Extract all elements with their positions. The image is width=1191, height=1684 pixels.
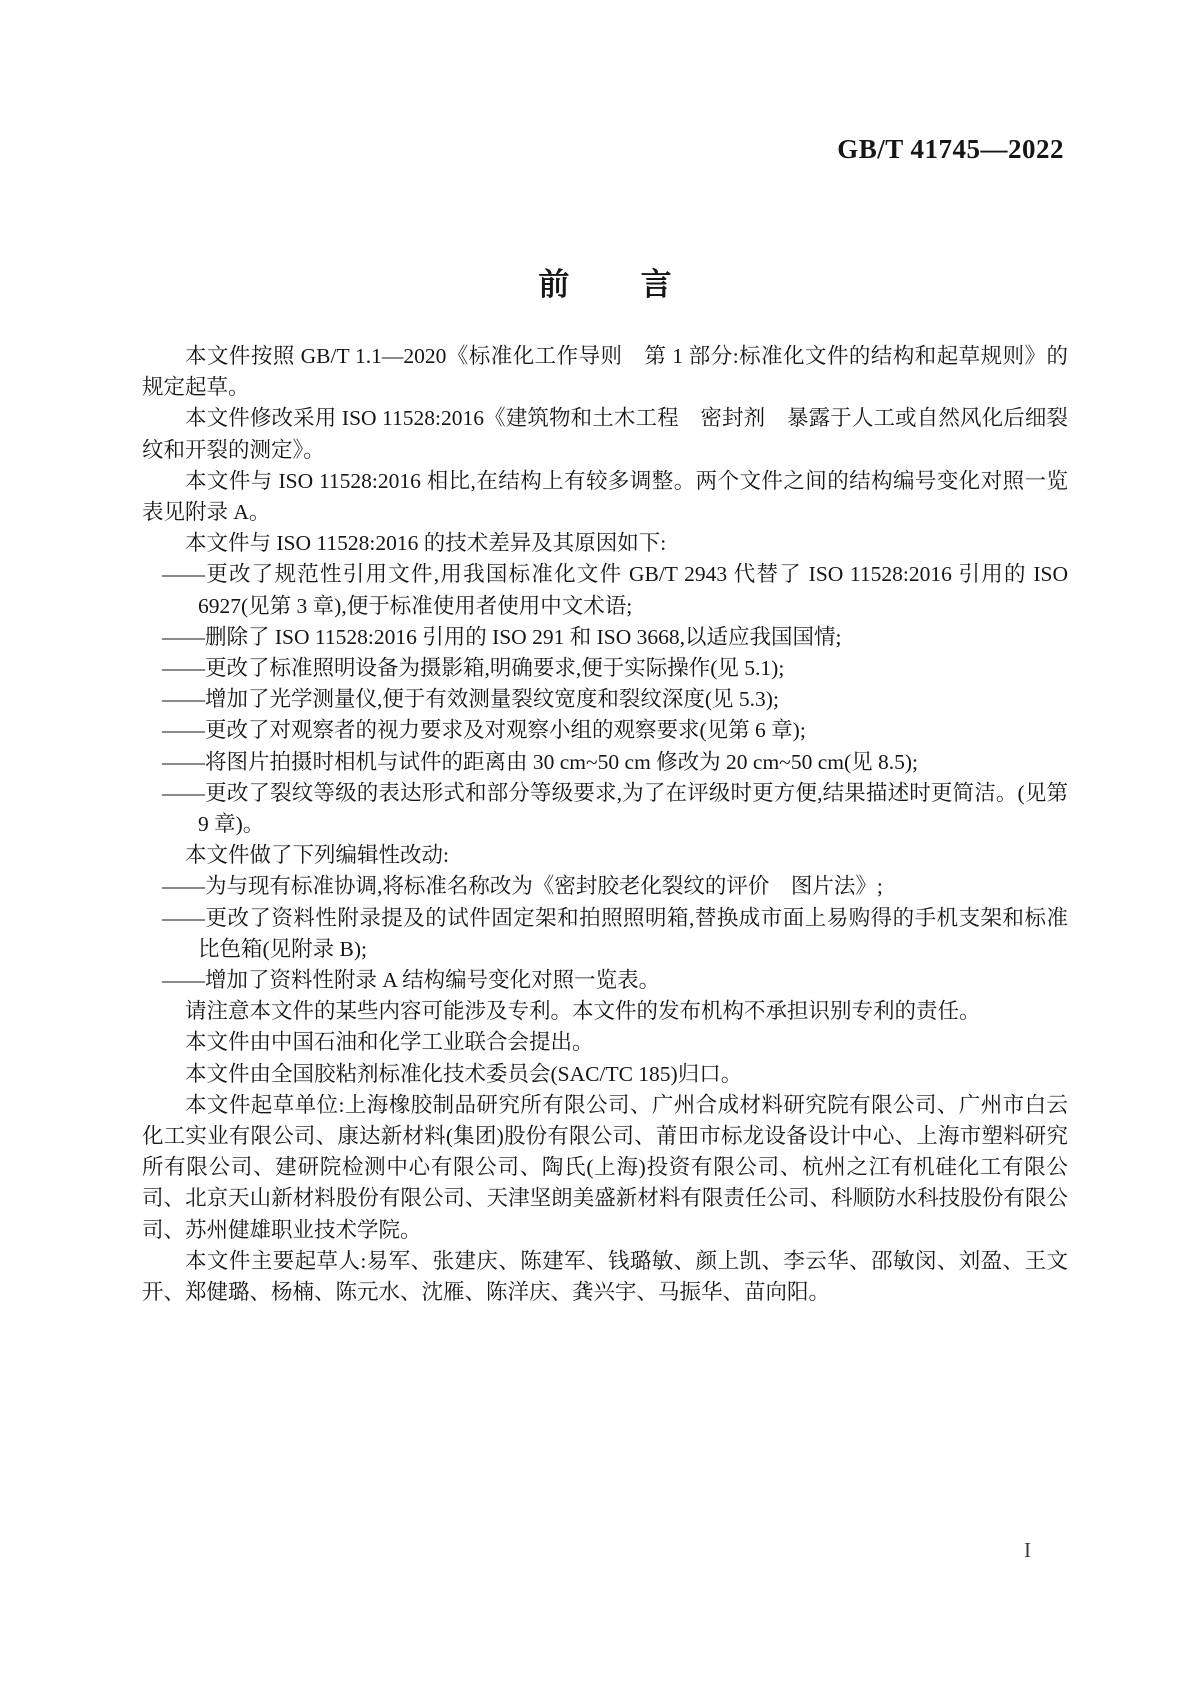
dash-item: ——更改了对观察者的视力要求及对观察小组的观察要求(见第 6 章); (142, 715, 1068, 746)
paragraph: 本文件修改采用 ISO 11528:2016《建筑物和土木工程 密封剂 暴露于人… (142, 403, 1068, 465)
dash-item: ——增加了光学测量仪,便于有效测量裂纹宽度和裂纹深度(见 5.3); (142, 684, 1068, 715)
paragraph: 本文件与 ISO 11528:2016 相比,在结构上有较多调整。两个文件之间的… (142, 466, 1068, 528)
paragraph: 本文件由全国胶粘剂标准化技术委员会(SAC/TC 185)归口。 (142, 1059, 1068, 1090)
paragraph: 本文件起草单位:上海橡胶制品研究所有限公司、广州合成材料研究院有限公司、广州市白… (142, 1090, 1068, 1246)
dash-item: ——将图片拍摄时相机与试件的距离由 30 cm~50 cm 修改为 20 cm~… (142, 747, 1068, 778)
paragraph: 请注意本文件的某些内容可能涉及专利。本文件的发布机构不承担识别专利的责任。 (142, 996, 1068, 1027)
page-number: I (1024, 1538, 1031, 1563)
paragraph: 本文件与 ISO 11528:2016 的技术差异及其原因如下: (142, 528, 1068, 559)
document-page: GB/T 41745—2022 前言 本文件按照 GB/T 1.1—2020《标… (0, 0, 1191, 1684)
dash-item: ——删除了 ISO 11528:2016 引用的 ISO 291 和 ISO 3… (142, 622, 1068, 653)
dash-item: ——更改了资料性附录提及的试件固定架和拍照照明箱,替换成市面上易购得的手机支架和… (142, 903, 1068, 965)
paragraph: 本文件主要起草人:易军、张建庆、陈建军、钱璐敏、颜上凯、李云华、邵敏闵、刘盈、王… (142, 1246, 1068, 1308)
standard-number: GB/T 41745—2022 (837, 134, 1064, 165)
page-title: 前言 (142, 259, 1068, 304)
paragraph: 本文件由中国石油和化学工业联合会提出。 (142, 1027, 1068, 1058)
paragraph: 本文件做了下列编辑性改动: (142, 840, 1068, 871)
dash-item: ——更改了标准照明设备为摄影箱,明确要求,便于实际操作(见 5.1); (142, 653, 1068, 684)
paragraph: 本文件按照 GB/T 1.1—2020《标准化工作导则 第 1 部分:标准化文件… (142, 341, 1068, 403)
dash-item: ——增加了资料性附录 A 结构编号变化对照一览表。 (142, 965, 1068, 996)
dash-item: ——更改了规范性引用文件,用我国标准化文件 GB/T 2943 代替了 ISO … (142, 559, 1068, 621)
dash-item: ——更改了裂纹等级的表达形式和部分等级要求,为了在评级时更方便,结果描述时更简洁… (142, 778, 1068, 840)
dash-item: ——为与现有标准协调,将标准名称改为《密封胶老化裂纹的评价 图片法》; (142, 871, 1068, 902)
foreword-body: 本文件按照 GB/T 1.1—2020《标准化工作导则 第 1 部分:标准化文件… (142, 341, 1068, 1308)
